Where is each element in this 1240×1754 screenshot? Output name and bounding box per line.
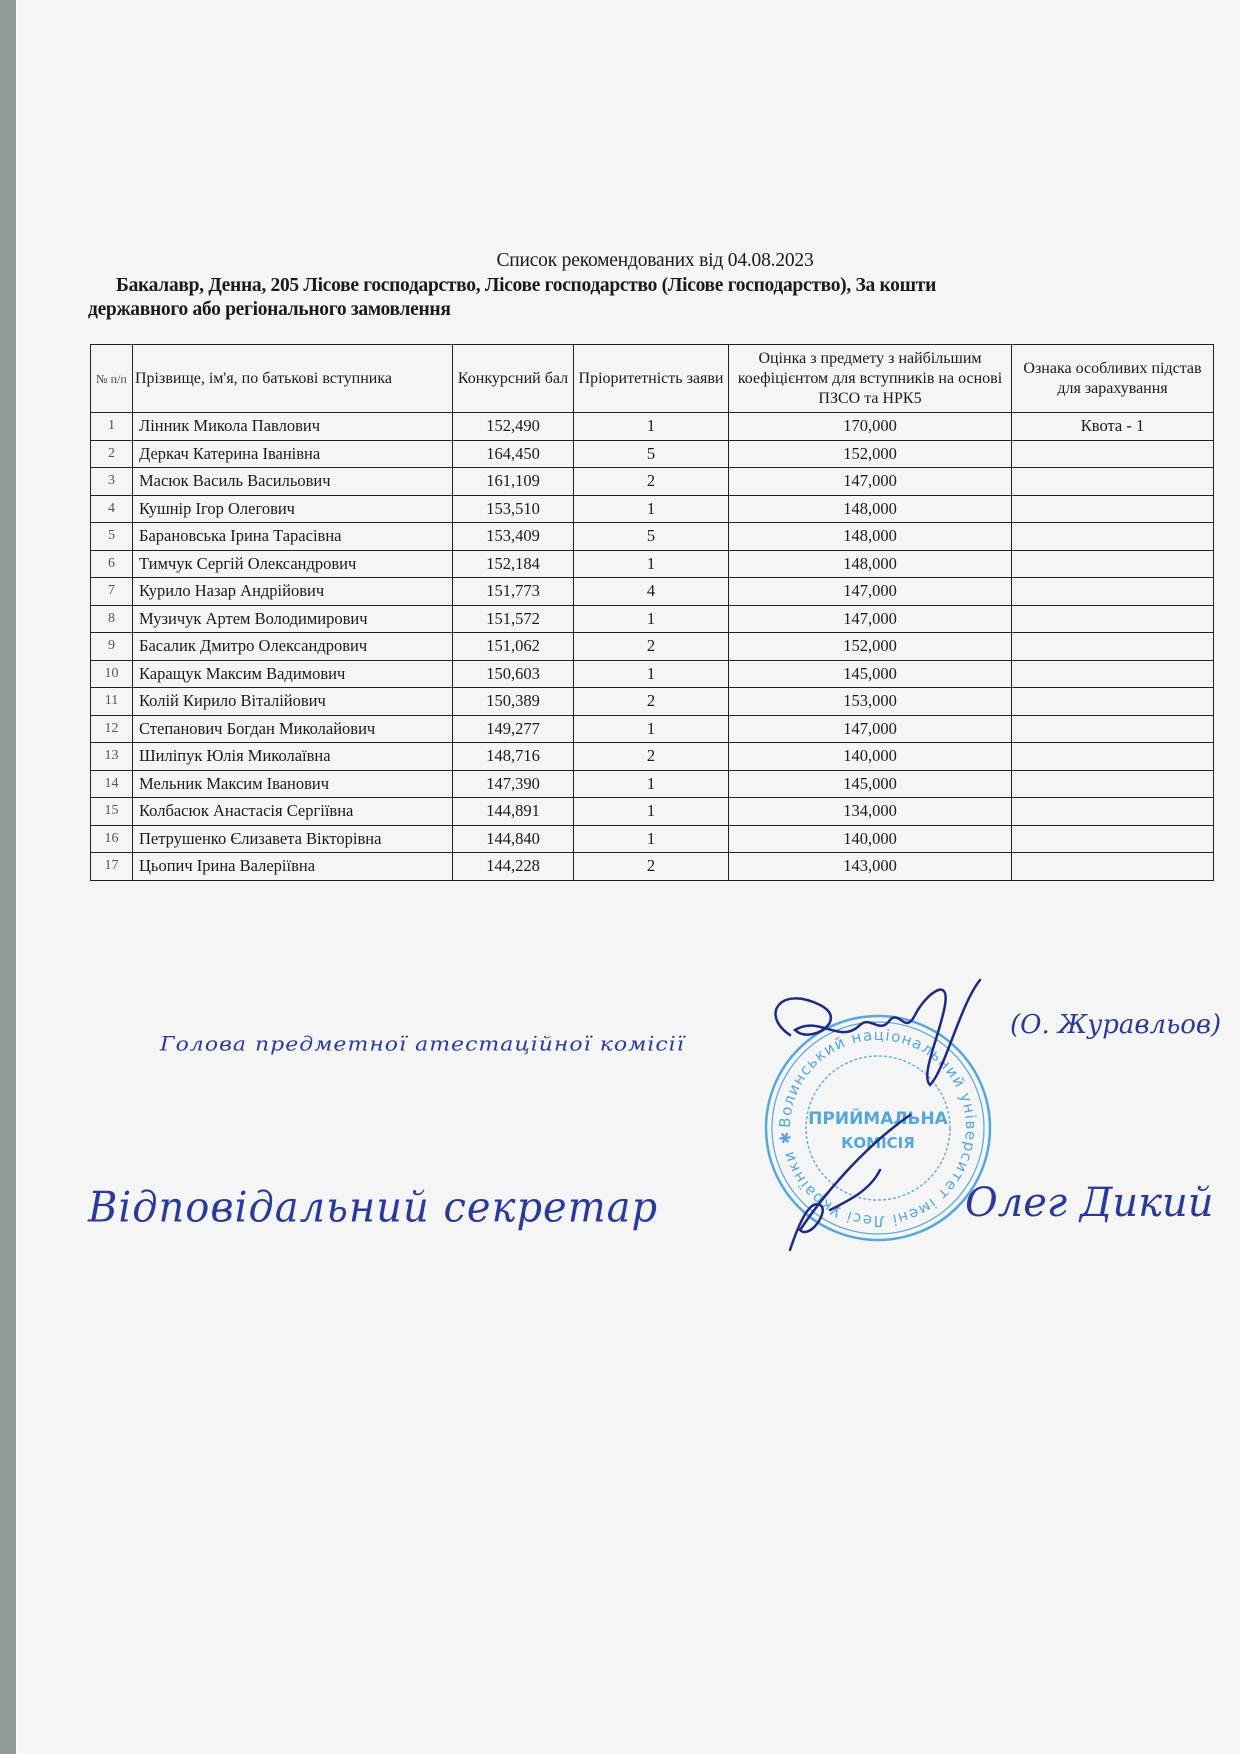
table-row: 1Лінник Микола Павлович152,4901170,000Кв… — [91, 413, 1214, 441]
application-priority: 1 — [574, 660, 729, 688]
special-grounds — [1012, 523, 1214, 551]
application-priority: 1 — [574, 798, 729, 826]
application-priority: 1 — [574, 715, 729, 743]
table-row: 8Музичук Артем Володимирович151,5721147,… — [91, 605, 1214, 633]
application-priority: 2 — [574, 468, 729, 496]
application-priority: 4 — [574, 578, 729, 606]
competitive-score: 148,716 — [453, 743, 574, 771]
subject-score: 153,000 — [729, 688, 1012, 716]
applicant-name: Масюк Василь Васильович — [133, 468, 453, 496]
special-grounds — [1012, 798, 1214, 826]
subject-score: 148,000 — [729, 550, 1012, 578]
application-priority: 2 — [574, 853, 729, 881]
chair-signature — [750, 975, 1010, 1095]
secretary-signature — [770, 1110, 970, 1260]
special-grounds — [1012, 853, 1214, 881]
row-number: 15 — [91, 798, 133, 826]
header-number: № п/п — [91, 345, 133, 413]
subtitle-line-1: Бакалавр, Денна, 205 Лісове господарство… — [88, 274, 1218, 298]
competitive-score: 147,390 — [453, 770, 574, 798]
application-priority: 2 — [574, 633, 729, 661]
application-priority: 1 — [574, 770, 729, 798]
competitive-score: 151,062 — [453, 633, 574, 661]
special-grounds — [1012, 660, 1214, 688]
subject-score: 148,000 — [729, 495, 1012, 523]
header-subject-score: Оцінка з предмету з найбільшим коефіцієн… — [729, 345, 1012, 413]
competitive-score: 144,840 — [453, 825, 574, 853]
competitive-score: 152,490 — [453, 413, 574, 441]
competitive-score: 151,773 — [453, 578, 574, 606]
chair-name: (О. Журавльов) — [1010, 1010, 1221, 1040]
recommended-list-table: № п/п Прізвище, ім'я, по батькові вступн… — [90, 344, 1214, 881]
special-grounds — [1012, 770, 1214, 798]
row-number: 12 — [91, 715, 133, 743]
subject-score: 134,000 — [729, 798, 1012, 826]
secretary-signature-label: Відповідальний секретар — [88, 1184, 658, 1232]
application-priority: 1 — [574, 605, 729, 633]
special-grounds — [1012, 578, 1214, 606]
application-priority: 2 — [574, 688, 729, 716]
table-row: 9Басалик Дмитро Олександрович151,0622152… — [91, 633, 1214, 661]
applicant-name: Петрушенко Єлизавета Вікторівна — [133, 825, 453, 853]
subtitle-line-2: державного або регіонального замовлення — [88, 299, 451, 320]
special-grounds — [1012, 688, 1214, 716]
special-grounds — [1012, 715, 1214, 743]
subject-score: 152,000 — [729, 633, 1012, 661]
applicant-name: Каращук Максим Вадимович — [133, 660, 453, 688]
application-priority: 1 — [574, 550, 729, 578]
row-number: 2 — [91, 440, 133, 468]
applicant-name: Барановська Ірина Тарасівна — [133, 523, 453, 551]
row-number: 4 — [91, 495, 133, 523]
subject-score: 152,000 — [729, 440, 1012, 468]
subject-score: 147,000 — [729, 578, 1012, 606]
applicant-name: Шиліпук Юлія Миколаївна — [133, 743, 453, 771]
applicant-name: Курило Назар Андрійович — [133, 578, 453, 606]
applicant-name: Степанович Богдан Миколайович — [133, 715, 453, 743]
applicant-name: Басалик Дмитро Олександрович — [133, 633, 453, 661]
applicant-name: Колій Кирило Віталійович — [133, 688, 453, 716]
table-row: 14Мельник Максим Іванович147,3901145,000 — [91, 770, 1214, 798]
table-row: 10Каращук Максим Вадимович150,6031145,00… — [91, 660, 1214, 688]
table-row: 2Деркач Катерина Іванівна164,4505152,000 — [91, 440, 1214, 468]
subject-score: 147,000 — [729, 605, 1012, 633]
row-number: 13 — [91, 743, 133, 771]
special-grounds — [1012, 743, 1214, 771]
subject-score: 140,000 — [729, 743, 1012, 771]
table-row: 17Цьопич Ірина Валеріївна144,2282143,000 — [91, 853, 1214, 881]
application-priority: 2 — [574, 743, 729, 771]
table-row: 15Колбасюк Анастасія Сергіївна144,891113… — [91, 798, 1214, 826]
special-grounds — [1012, 605, 1214, 633]
table-row: 6Тимчук Сергій Олександрович152,1841148,… — [91, 550, 1214, 578]
application-priority: 5 — [574, 523, 729, 551]
subject-score: 145,000 — [729, 660, 1012, 688]
special-grounds — [1012, 550, 1214, 578]
chair-signature-label: Голова предметної атестаційної комісії — [160, 1033, 685, 1056]
header-score: Конкурсний бал — [453, 345, 574, 413]
application-priority: 5 — [574, 440, 729, 468]
subject-score: 143,000 — [729, 853, 1012, 881]
row-number: 3 — [91, 468, 133, 496]
competitive-score: 150,603 — [453, 660, 574, 688]
row-number: 5 — [91, 523, 133, 551]
document-subtitle: Бакалавр, Денна, 205 Лісове господарство… — [88, 274, 1218, 322]
competitive-score: 151,572 — [453, 605, 574, 633]
table-row: 12Степанович Богдан Миколайович149,27711… — [91, 715, 1214, 743]
row-number: 8 — [91, 605, 133, 633]
application-priority: 1 — [574, 495, 729, 523]
applicant-name: Кушнір Ігор Олегович — [133, 495, 453, 523]
applicant-name: Лінник Микола Павлович — [133, 413, 453, 441]
header-priority: Пріоритетність заяви — [574, 345, 729, 413]
table-row: 5Барановська Ірина Тарасівна153,4095148,… — [91, 523, 1214, 551]
header-special-grounds: Ознака особливих підстав для зарахування — [1012, 345, 1214, 413]
row-number: 11 — [91, 688, 133, 716]
subject-score: 148,000 — [729, 523, 1012, 551]
applicant-name: Деркач Катерина Іванівна — [133, 440, 453, 468]
application-priority: 1 — [574, 413, 729, 441]
special-grounds — [1012, 825, 1214, 853]
competitive-score: 164,450 — [453, 440, 574, 468]
special-grounds — [1012, 495, 1214, 523]
subject-score: 147,000 — [729, 715, 1012, 743]
special-grounds — [1012, 633, 1214, 661]
row-number: 1 — [91, 413, 133, 441]
competitive-score: 152,184 — [453, 550, 574, 578]
table-row: 13Шиліпук Юлія Миколаївна148,7162140,000 — [91, 743, 1214, 771]
competitive-score: 149,277 — [453, 715, 574, 743]
row-number: 6 — [91, 550, 133, 578]
special-grounds — [1012, 440, 1214, 468]
applicant-name: Тимчук Сергій Олександрович — [133, 550, 453, 578]
table-row: 11Колій Кирило Віталійович150,3892153,00… — [91, 688, 1214, 716]
special-grounds — [1012, 468, 1214, 496]
header-name: Прізвище, ім'я, по батькові вступника — [133, 345, 453, 413]
application-priority: 1 — [574, 825, 729, 853]
table-header-row: № п/п Прізвище, ім'я, по батькові вступн… — [91, 345, 1214, 413]
subject-score: 140,000 — [729, 825, 1012, 853]
row-number: 14 — [91, 770, 133, 798]
row-number: 17 — [91, 853, 133, 881]
table-row: 7Курило Назар Андрійович151,7734147,000 — [91, 578, 1214, 606]
competitive-score: 144,228 — [453, 853, 574, 881]
row-number: 10 — [91, 660, 133, 688]
secretary-name: Олег Дикий — [965, 1180, 1214, 1226]
special-grounds: Квота - 1 — [1012, 413, 1214, 441]
applicant-name: Мельник Максим Іванович — [133, 770, 453, 798]
row-number: 9 — [91, 633, 133, 661]
row-number: 7 — [91, 578, 133, 606]
table-row: 4Кушнір Ігор Олегович153,5101148,000 — [91, 495, 1214, 523]
competitive-score: 153,409 — [453, 523, 574, 551]
applicant-name: Музичук Артем Володимирович — [133, 605, 453, 633]
competitive-score: 161,109 — [453, 468, 574, 496]
competitive-score: 153,510 — [453, 495, 574, 523]
document-title: Список рекомендованих від 04.08.2023 — [0, 250, 1240, 272]
table-row: 3Масюк Василь Васильович161,1092147,000 — [91, 468, 1214, 496]
subject-score: 170,000 — [729, 413, 1012, 441]
row-number: 16 — [91, 825, 133, 853]
subject-score: 145,000 — [729, 770, 1012, 798]
table-row: 16Петрушенко Єлизавета Вікторівна144,840… — [91, 825, 1214, 853]
applicant-name: Цьопич Ірина Валеріївна — [133, 853, 453, 881]
competitive-score: 144,891 — [453, 798, 574, 826]
applicant-name: Колбасюк Анастасія Сергіївна — [133, 798, 453, 826]
competitive-score: 150,389 — [453, 688, 574, 716]
subject-score: 147,000 — [729, 468, 1012, 496]
